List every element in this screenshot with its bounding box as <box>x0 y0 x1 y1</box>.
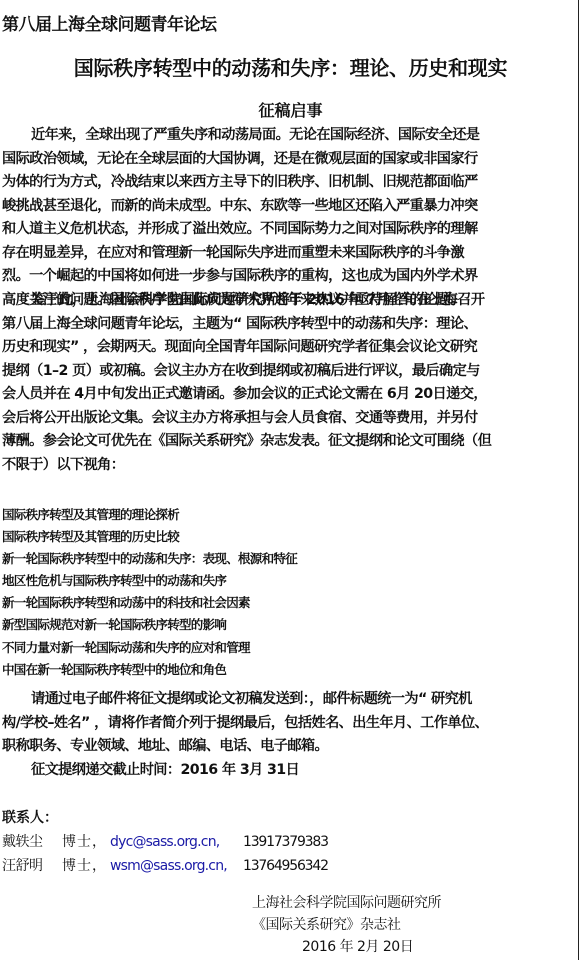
signature-date: 2016 年 2月 20日 <box>252 936 441 958</box>
contacts-section: 联系人： 戴轶尘 博士， dyc@sass.org.cn, 1391737938… <box>2 806 328 878</box>
main-title: 国际秩序转型中的动荡和失序：理论、历史和现实 <box>0 52 581 81</box>
paragraph-line: 为体的行为方式，冷战结束以来西方主导下的旧秩序、旧机制、旧规范都面临严 <box>2 171 576 195</box>
call-paragraph: 鉴于此，上海社会科学院国际问题研究所将于 2016 年 7月上旬在上海召开 第八… <box>2 289 576 477</box>
topic-item: 不同力量对新一轮国际动荡和失序的应对和管理 <box>2 637 297 659</box>
paragraph-line: 烈。一个崛起的中国将如何进一步参与国际秩序的重构，这也成为国内外学术界 <box>2 265 576 289</box>
signature-journal: 《国际关系研究》杂志社 <box>252 914 441 936</box>
paragraph-line: 请通过电子邮件将征文提纲或论文初稿发送到：，邮件标题统一为“ 研究机 <box>2 688 576 712</box>
contact-name: 戴轶尘 <box>2 830 62 854</box>
intro-paragraph: 近年来，全球出现了严重失序和动荡局面。无论在国际经济、国际安全还是 国际政治领域… <box>2 124 576 312</box>
paragraph-line: 峻挑战甚至退化，而新的尚未成型。中东、东欧等一些地区还陷入严重暴力冲突 <box>2 195 576 219</box>
page-border <box>578 0 579 960</box>
contacts-label: 联系人： <box>2 806 328 830</box>
contact-name: 汪舒明 <box>2 854 62 878</box>
paragraph-line: 不限于）以下视角： <box>2 454 576 478</box>
deadline-line: 征文提纲递交截止时间：2016 年 3月 31日 <box>2 759 576 783</box>
paragraph-line: 第八届上海全球问题青年论坛，主题为“ 国际秩序转型中的动荡和失序：理论、 <box>2 313 576 337</box>
paragraph-line: 薄酬。参会论文可优先在《国际关系研究》杂志发表。征文提纲和论文可围绕（但 <box>2 430 576 454</box>
topic-list: 国际秩序转型及其管理的理论探析 国际秩序转型及其管理的历史比较 新一轮国际秩序转… <box>2 504 297 681</box>
submission-paragraph: 请通过电子邮件将征文提纲或论文初稿发送到：，邮件标题统一为“ 研究机 构/学校–… <box>2 688 576 782</box>
paragraph-line: 会人员并在 4月中旬发出正式邀请函。参加会议的正式论文需在 6月 20日递交， <box>2 383 576 407</box>
paragraph-line: 会后将公开出版论文集。会议主办方将承担与会人员食宿、交通等费用，并另付 <box>2 407 576 431</box>
contact-email-link[interactable]: dyc@sass.org.cn, <box>110 830 243 854</box>
topic-item: 新一轮国际秩序转型和动荡中的科技和社会因素 <box>2 592 297 614</box>
contact-phone: 13917379383 <box>243 830 328 854</box>
contact-row: 汪舒明 博士， wsm@sass.org.cn, 13764956342 <box>2 854 328 878</box>
paragraph-line: 国际政治领域，无论在全球层面的大国协调，还是在微观层面的国家或非国家行 <box>2 148 576 172</box>
topic-item: 国际秩序转型及其管理的历史比较 <box>2 526 297 548</box>
contact-email-link[interactable]: wsm@sass.org.cn, <box>110 854 243 878</box>
forum-title: 第八届上海全球问题青年论坛 <box>2 10 217 35</box>
paragraph-line: 鉴于此，上海社会科学院国际问题研究所将于 2016 年 7月上旬在上海召开 <box>2 289 576 313</box>
paragraph-line: 历史和现实” ，会期两天。现面向全国青年国际问题研究学者征集会议论文研究 <box>2 336 576 360</box>
topic-item: 地区性危机与国际秩序转型中的动荡和失序 <box>2 570 297 592</box>
topic-item: 中国在新一轮国际秩序转型中的地位和角色 <box>2 659 297 681</box>
signature-org: 上海社会科学院国际问题研究所 <box>252 892 441 914</box>
topic-item: 新型国际规范对新一轮国际秩序转型的影响 <box>2 614 297 636</box>
topic-item: 国际秩序转型及其管理的理论探析 <box>2 504 297 526</box>
paragraph-line: 提纲（1–2 页）或初稿。会议主办方在收到提纲或初稿后进行评议，最后确定与 <box>2 360 576 384</box>
contact-title: 博士， <box>62 854 110 878</box>
paragraph-line: 近年来，全球出现了严重失序和动荡局面。无论在国际经济、国际安全还是 <box>2 124 576 148</box>
paragraph-line: 和人道主义危机状态，并形成了溢出效应。不同国际势力之间对国际秩序的理解 <box>2 218 576 242</box>
contact-phone: 13764956342 <box>243 854 328 878</box>
paragraph-line: 存在明显差异，在应对和管理新一轮国际失序进而重塑未来国际秩序的斗争激 <box>2 242 576 266</box>
contact-title: 博士， <box>62 830 110 854</box>
notice-title: 征稿启事 <box>0 98 581 121</box>
signature-block: 上海社会科学院国际问题研究所 《国际关系研究》杂志社 2016 年 2月 20日 <box>252 892 441 958</box>
paragraph-line: 构/学校–姓名” ，请将作者简介列于提纲最后，包括姓名、出生年月、工作单位、 <box>2 712 576 736</box>
topic-item: 新一轮国际秩序转型中的动荡和失序：表现、根源和特征 <box>2 548 297 570</box>
contact-row: 戴轶尘 博士， dyc@sass.org.cn, 13917379383 <box>2 830 328 854</box>
paragraph-line: 职称职务、专业领域、地址、邮编、电话、电子邮箱。 <box>2 735 576 759</box>
